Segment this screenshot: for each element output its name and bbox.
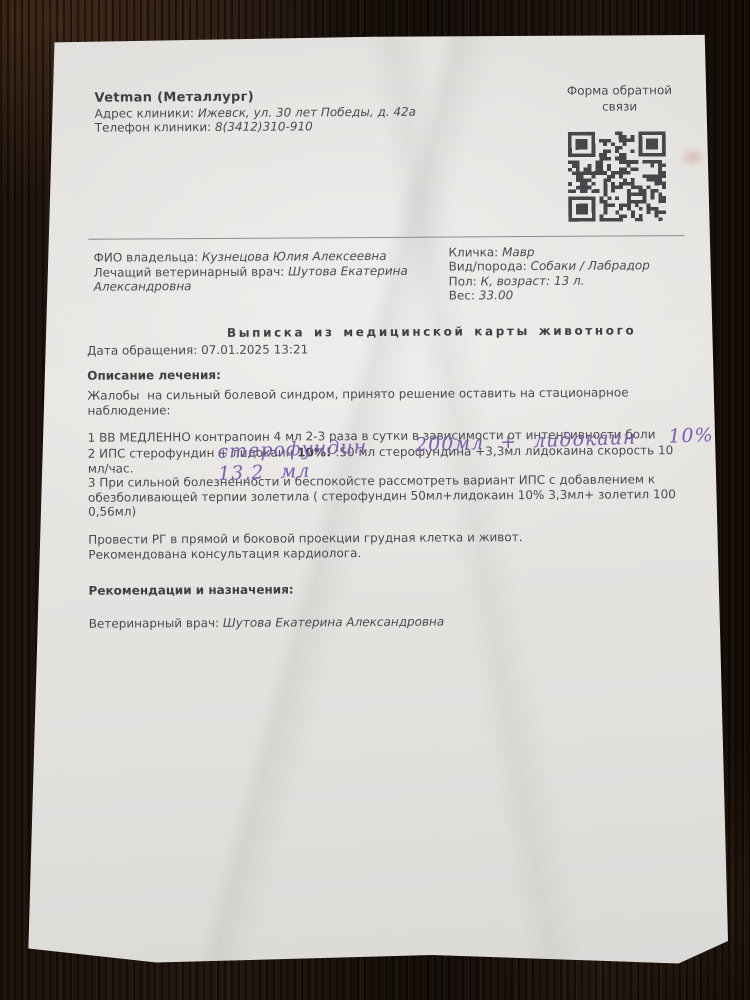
clinic-address-label: Адрес клиники: xyxy=(95,106,194,121)
pet-breed-label: Вид/порода: xyxy=(449,259,527,273)
vet-signature-label: Ветеринарный врач: xyxy=(89,616,219,631)
clinic-phone-value: 8(3412)310-910 xyxy=(215,120,313,135)
treatment-item-3: 3 При сильной болезненности и беспокойст… xyxy=(88,472,688,519)
pet-info-block: Кличка: Мавр Вид/порода: Собаки / Лабрад… xyxy=(448,244,650,303)
clinic-address-line: Адрес клиники: Ижевск, ул. 30 лет Победы… xyxy=(95,104,416,121)
attending-vet-line: Лечащий ветеринарный врач: Шутова Екатер… xyxy=(94,263,439,294)
pet-breed-value: Собаки / Лабрадор xyxy=(531,259,650,274)
visit-date-value: 07.01.2025 13:21 xyxy=(201,342,308,357)
vet-signature-line: Ветеринарный врач: Шутова Екатерина Алек… xyxy=(89,615,445,631)
pet-weight-value: 33.00 xyxy=(479,288,513,302)
recommendations-heading: Рекомендации и назначения: xyxy=(88,582,293,597)
document-title: Выписка из медицинской карты животного xyxy=(227,323,636,340)
pet-weight-line: Вес: 33.00 xyxy=(449,288,650,304)
pet-breed-line: Вид/порода: Собаки / Лабрадор xyxy=(449,259,650,275)
document-paper: Vetman (Металлург) Адрес клиники: Ижевск… xyxy=(22,34,728,970)
pet-sex-age-label: Пол: xyxy=(449,274,477,288)
clinic-address-value: Ижевск, ул. 30 лет Победы, д. 42а xyxy=(198,104,416,119)
clinic-phone-label: Телефон клиники: xyxy=(95,120,212,135)
pet-nickname-label: Кличка: xyxy=(448,245,498,259)
owner-block: ФИО владельца: Кузнецова Юлия Алексеевна… xyxy=(93,249,438,295)
visit-date-label: Дата обращения: xyxy=(87,343,197,358)
pet-sex-age-value: К, возраст: 13 л. xyxy=(481,274,585,289)
treatment-heading: Описание лечения: xyxy=(87,368,221,383)
pet-nickname-value: Мавр xyxy=(502,245,534,259)
qr-code xyxy=(568,131,667,222)
feedback-form-caption: Форма обратной связи xyxy=(539,82,699,115)
complaint-text: Жалобы на сильный болевой синдром, приня… xyxy=(87,385,683,418)
pet-weight-label: Вес: xyxy=(449,289,475,303)
vet-signature-value: Шутова Екатерина Александровна xyxy=(223,615,444,630)
section-divider xyxy=(88,235,684,240)
clinic-header: Vetman (Металлург) Адрес клиники: Ижевск… xyxy=(94,90,416,136)
owner-name-value: Кузнецова Юлия Алексеевна xyxy=(202,249,387,264)
visit-date-line: Дата обращения: 07.01.2025 13:21 xyxy=(87,342,308,357)
pet-nickname-line: Кличка: Мавр xyxy=(448,244,649,260)
ink-stain xyxy=(678,146,708,168)
attending-vet-label: Лечащий ветеринарный врач: xyxy=(94,264,285,279)
cardiologist-note: Рекомендована консультация кардиолога. xyxy=(88,544,688,562)
document-content: Vetman (Металлург) Адрес клиники: Ижевск… xyxy=(19,32,731,972)
clinic-phone-line: Телефон клиники: 8(3412)310-910 xyxy=(95,119,416,136)
pet-sex-age-line: Пол: К, возраст: 13 л. xyxy=(449,273,650,289)
owner-name-label: ФИО владельца: xyxy=(93,250,198,265)
notes-block: Провести РГ в прямой и боковой проекции … xyxy=(88,529,688,562)
